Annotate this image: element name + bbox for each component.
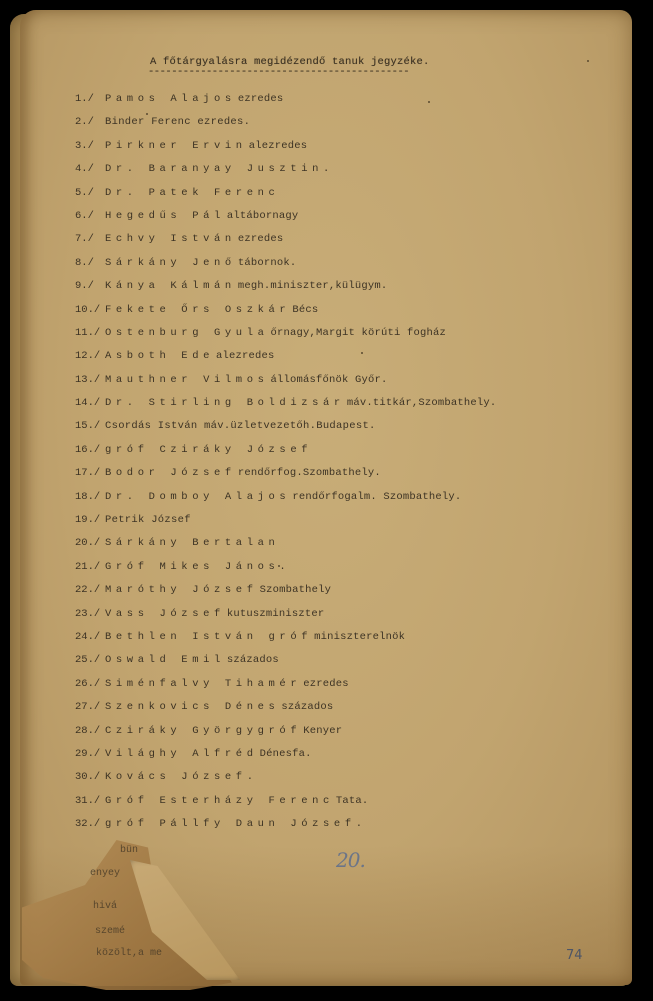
witness-name: Mauthner Vilmos xyxy=(105,373,269,396)
witness-role: kutuszminiszter xyxy=(227,607,325,630)
witness-name: Maróthy József xyxy=(105,583,258,606)
witness-number: 12./ xyxy=(75,349,105,372)
witness-row: 31./Gróf Esterházy FerencTata. xyxy=(75,794,496,817)
witness-name: Dr. Patek Ferenc xyxy=(105,186,279,209)
witness-row: 8./Sárkány Jenőtábornok. xyxy=(75,256,496,279)
witness-name: Asboth Ede xyxy=(105,349,214,372)
witness-number: 17./ xyxy=(75,466,105,489)
witness-row: 9./Kánya Kálmánmegh.miniszter,külügym. xyxy=(75,279,496,302)
witness-row: 25./Oswald Emilszázados xyxy=(75,653,496,676)
witness-name: Csordás István máv.üzletvezetőh.Budapest… xyxy=(105,419,376,442)
witness-role: Kenyer xyxy=(303,724,342,747)
witness-role: rendőrfog.Szombathely. xyxy=(238,466,381,489)
witness-role: százados xyxy=(227,653,279,676)
paper-spot xyxy=(361,352,363,354)
witness-name: Sárkány Jenő xyxy=(105,256,236,279)
witness-role: állomásfőnök Győr. xyxy=(271,373,388,396)
witness-row: 14./Dr. Stirling Boldizsármáv.titkár,Szo… xyxy=(75,396,496,419)
witness-role: rendőrfogalm. Szombathely. xyxy=(292,490,461,513)
witness-name: Pirkner Ervin xyxy=(105,139,247,162)
witness-row: 28./Cziráky GyörgygrófKenyer xyxy=(75,724,496,747)
witness-role: ezredes xyxy=(303,677,349,700)
witness-row: 16./gróf Cziráky József xyxy=(75,443,496,466)
witness-row: 6./Hegedűs Pálaltábornagy xyxy=(75,209,496,232)
witness-row: 26./Siménfalvy Tihamérezredes xyxy=(75,677,496,700)
witness-row: 13./Mauthner Vilmosállomásfőnök Győr. xyxy=(75,373,496,396)
witness-name: Dr. Stirling Boldizsár xyxy=(105,396,345,419)
witness-name: Gróf Mikes János. xyxy=(105,560,290,583)
witness-row: 7./Echvy Istvánezredes xyxy=(75,232,496,255)
witness-row: 24./Bethlen István grófminiszterelnök xyxy=(75,630,496,653)
witness-role: alezredes xyxy=(216,349,275,372)
witness-number: 4./ xyxy=(75,162,105,185)
witness-name: Hegedűs Pál xyxy=(105,209,225,232)
witness-name: Dr. Domboy Alajos xyxy=(105,490,290,513)
witness-name: Petrik József xyxy=(105,513,191,536)
witness-role: megh.miniszter,külügym. xyxy=(238,279,388,302)
witness-name: Ostenburg Gyula xyxy=(105,326,269,349)
witness-number: 14./ xyxy=(75,396,105,419)
witness-row: 4./Dr. Baranyay Jusztin. xyxy=(75,162,496,185)
witness-number: 8./ xyxy=(75,256,105,279)
witness-name: Kánya Kálmán xyxy=(105,279,236,302)
witness-row: 1./Pamos Alajosezredes xyxy=(75,92,496,115)
witness-role: Tata. xyxy=(336,794,369,817)
witness-number: 9./ xyxy=(75,279,105,302)
witness-number: 28./ xyxy=(75,724,105,747)
witness-number: 29./ xyxy=(75,747,105,770)
witness-number: 7./ xyxy=(75,232,105,255)
witness-number: 22./ xyxy=(75,583,105,606)
witness-role: altábornagy xyxy=(227,209,299,232)
witness-number: 27./ xyxy=(75,700,105,723)
witness-role: Dénesfa. xyxy=(260,747,312,770)
witness-role: ezredes xyxy=(238,232,284,255)
witness-role: máv.titkár,Szombathely. xyxy=(347,396,497,419)
witness-number: 13./ xyxy=(75,373,105,396)
witness-number: 6./ xyxy=(75,209,105,232)
witness-number: 24./ xyxy=(75,630,105,653)
witness-row: 5./Dr. Patek Ferenc xyxy=(75,186,496,209)
witness-number: 11./ xyxy=(75,326,105,349)
paper-spot xyxy=(428,101,430,103)
witness-name: Dr. Baranyay Jusztin. xyxy=(105,162,334,185)
witness-row: 18./Dr. Domboy Alajosrendőrfogalm. Szomb… xyxy=(75,490,496,513)
witness-number: 19./ xyxy=(75,513,105,536)
witness-number: 15./ xyxy=(75,419,105,442)
witness-name: Gróf Esterházy Ferenc xyxy=(105,794,334,817)
witness-row: 2./Binder Ferenc ezredes. xyxy=(75,115,496,138)
witness-row: 21./Gróf Mikes János. xyxy=(75,560,496,583)
witness-number: 30./ xyxy=(75,770,105,793)
witness-number: 32./ xyxy=(75,817,105,840)
witness-name: Sárkány Bertalan xyxy=(105,536,279,559)
underlying-text-fragment: közölt,a me xyxy=(96,948,162,959)
witness-row: 3./Pirkner Ervinalezredes xyxy=(75,139,496,162)
witness-role: alezredes xyxy=(249,139,308,162)
witness-row: 19./Petrik József xyxy=(75,513,496,536)
witness-number: 26./ xyxy=(75,677,105,700)
witness-name: Kovács József. xyxy=(105,770,258,793)
witness-row: 12./Asboth Edealezredes xyxy=(75,349,496,372)
witness-number: 10./ xyxy=(75,303,105,326)
witness-row: 32./gróf Pállfy Daun József. xyxy=(75,817,496,840)
witness-row: 29./Világhy AlfrédDénesfa. xyxy=(75,747,496,770)
witness-row: 15./Csordás István máv.üzletvezetőh.Buda… xyxy=(75,419,496,442)
witness-number: 20./ xyxy=(75,536,105,559)
witness-name: Binder Ferenc ezredes. xyxy=(105,115,250,138)
witness-row: 27./Szenkovics Dénesszázados xyxy=(75,700,496,723)
underlying-text-fragment: szemé xyxy=(95,926,125,937)
folio-number: 74 xyxy=(566,948,583,963)
witness-role: százados xyxy=(281,700,333,723)
witness-role: ezredes xyxy=(238,92,284,115)
witness-name: gróf Pállfy Daun József. xyxy=(105,817,367,840)
paper-spot xyxy=(146,113,148,115)
witness-number: 3./ xyxy=(75,139,105,162)
witness-row: 30./Kovács József. xyxy=(75,770,496,793)
paper-spot xyxy=(278,565,280,567)
witness-number: 18./ xyxy=(75,490,105,513)
witness-number: 31./ xyxy=(75,794,105,817)
witness-number: 2./ xyxy=(75,115,105,138)
witness-role: Szombathely xyxy=(260,583,332,606)
title-underline: ----------------------------------------… xyxy=(148,66,409,78)
witness-row: 20./Sárkány Bertalan xyxy=(75,536,496,559)
witness-list: 1./Pamos Alajosezredes2./Binder Ferenc e… xyxy=(75,92,496,841)
witness-row: 23./Vass Józsefkutuszminiszter xyxy=(75,607,496,630)
witness-row: 11./Ostenburg Gyulaőrnagy,Margit körúti … xyxy=(75,326,496,349)
witness-number: 21./ xyxy=(75,560,105,583)
witness-row: 22./Maróthy JózsefSzombathely xyxy=(75,583,496,606)
witness-name: Fekete Őrs Oszkár xyxy=(105,303,290,326)
witness-name: Pamos Alajos xyxy=(105,92,236,115)
witness-name: Szenkovics Dénes xyxy=(105,700,279,723)
underlying-text-fragment: hivá xyxy=(93,901,117,912)
witness-name: Oswald Emil xyxy=(105,653,225,676)
witness-number: 5./ xyxy=(75,186,105,209)
underlying-text-fragment: enyey xyxy=(90,868,120,879)
witness-row: 10./Fekete Őrs OszkárBécs xyxy=(75,303,496,326)
witness-name: Cziráky Györgygróf xyxy=(105,724,301,747)
witness-role: őrnagy,Margit körúti fogház xyxy=(271,326,447,349)
witness-role: tábornok. xyxy=(238,256,297,279)
witness-name: Bodor József xyxy=(105,466,236,489)
witness-number: 25./ xyxy=(75,653,105,676)
witness-number: 1./ xyxy=(75,92,105,115)
witness-name: gróf Cziráky József xyxy=(105,443,312,466)
underlying-text-fragment: bün xyxy=(120,845,138,856)
witness-number: 16./ xyxy=(75,443,105,466)
witness-role: Bécs xyxy=(292,303,318,326)
witness-row: 17./Bodor Józsefrendőrfog.Szombathely. xyxy=(75,466,496,489)
witness-name: Echvy István xyxy=(105,232,236,255)
witness-name: Siménfalvy Tihamér xyxy=(105,677,301,700)
witness-role: miniszterelnök xyxy=(314,630,405,653)
witness-name: Vass József xyxy=(105,607,225,630)
witness-number: 23./ xyxy=(75,607,105,630)
witness-name: Bethlen István gróf xyxy=(105,630,312,653)
pencil-page-number: 20. xyxy=(336,848,365,872)
paper-spot xyxy=(587,60,589,62)
witness-name: Világhy Alfréd xyxy=(105,747,258,770)
